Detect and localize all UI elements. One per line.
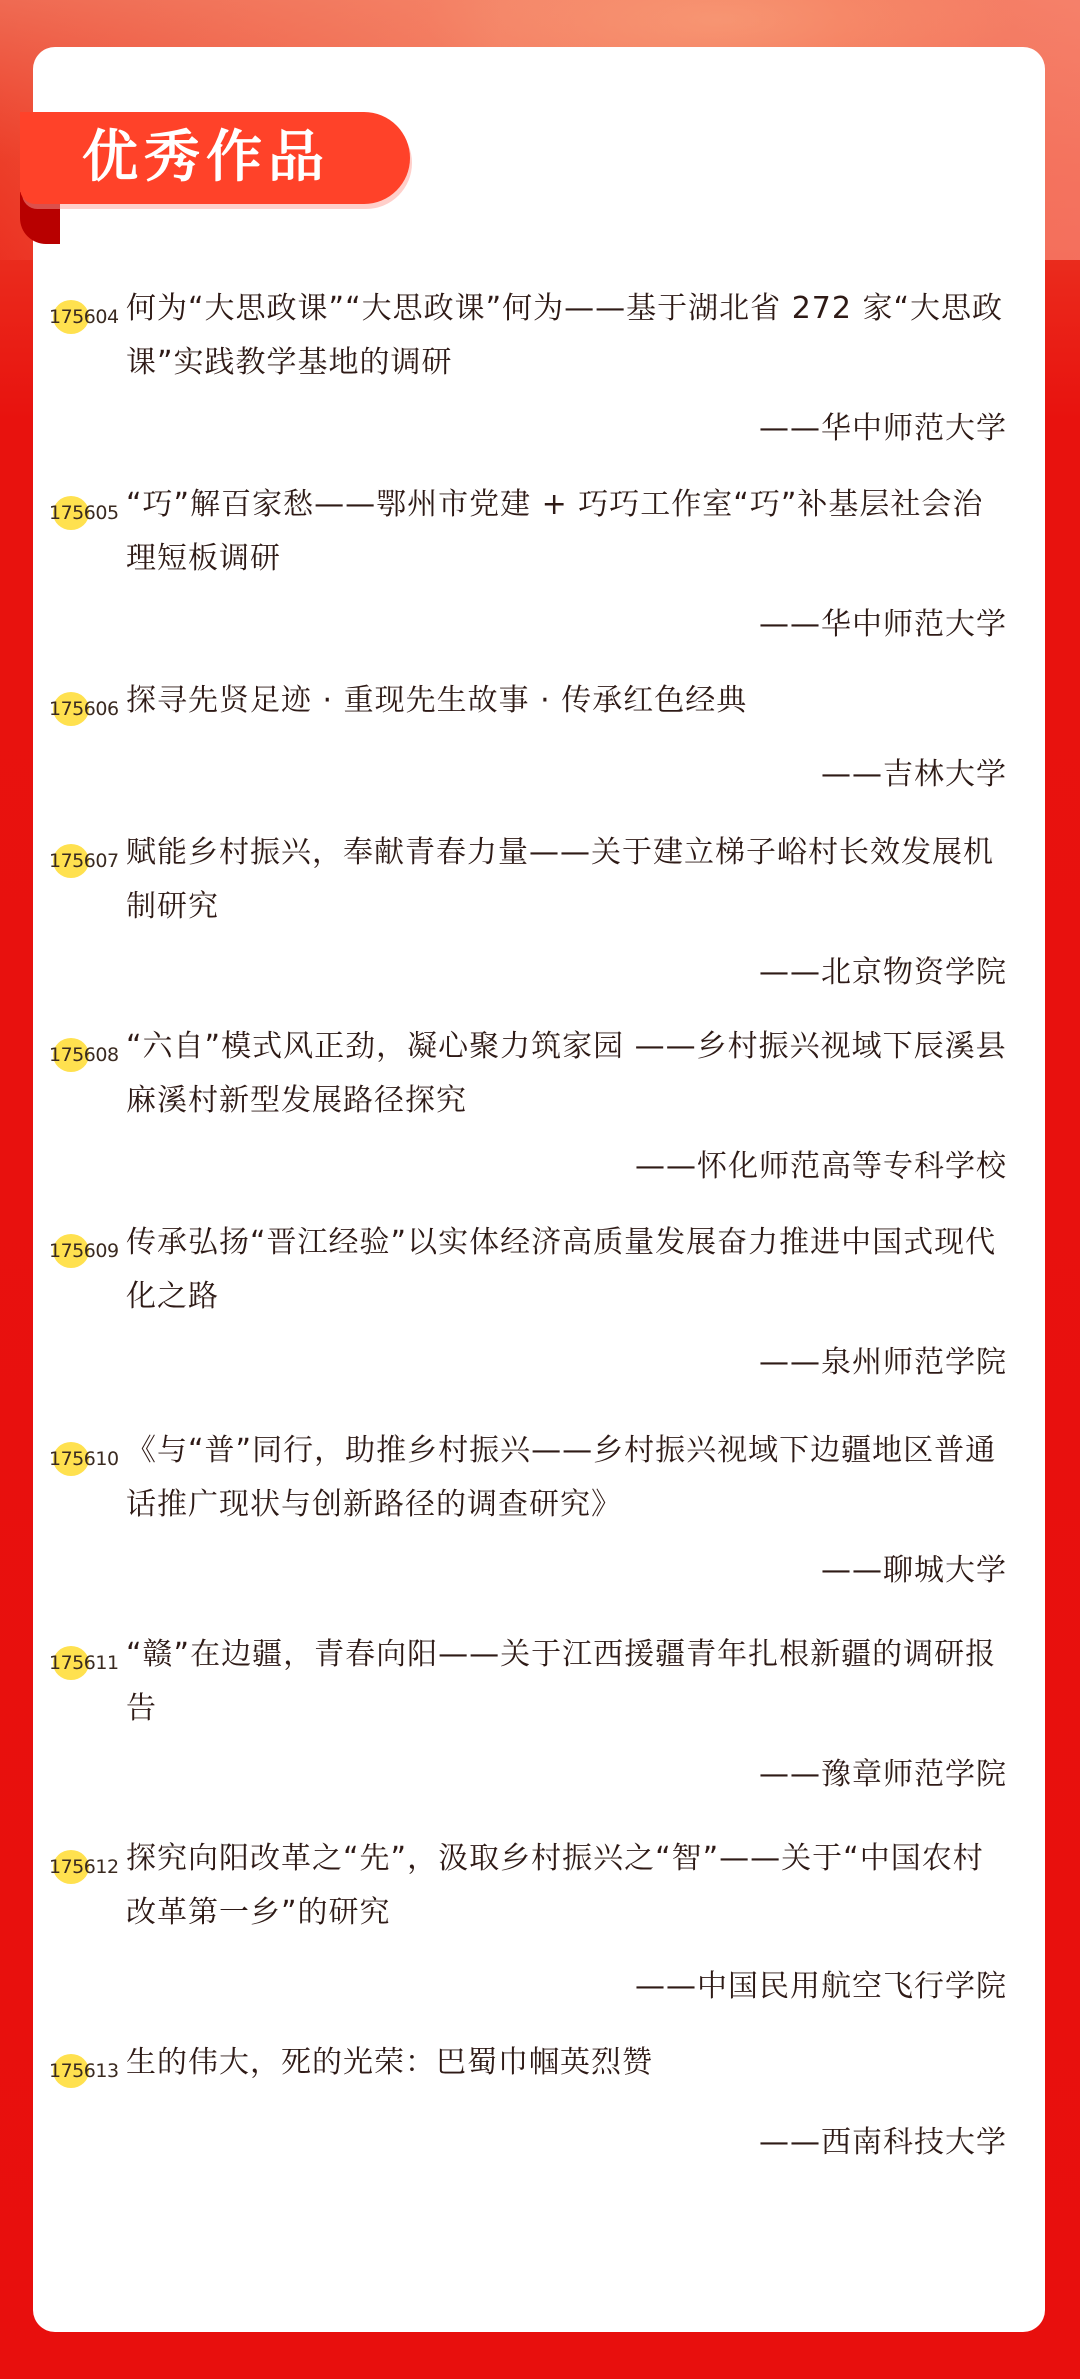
entry-title: 赋能乡村振兴，奉献青春力量——关于建立梯子峪村长效发展机制研究 [126, 826, 1007, 934]
entry-school: ——豫章师范学院 [33, 1748, 1045, 1802]
list-item: 175606 探寻先贤足迹 · 重现先生故事 · 传承红色经典 ——吉林大学 [33, 674, 1045, 802]
entry-number-badge: 175613 [49, 2056, 119, 2086]
entry-number-badge: 175604 [49, 302, 119, 332]
entry-school: ——泉州师范学院 [33, 1336, 1045, 1390]
entry-title: “六自”模式风正劲，凝心聚力筑家园 ——乡村振兴视域下辰溪县麻溪村新型发展路径探… [126, 1020, 1007, 1128]
list-item: 175610 《与“普”同行，助推乡村振兴——乡村振兴视域下边疆地区普通话推广现… [33, 1424, 1045, 1598]
entry-school: ——北京物资学院 [33, 946, 1045, 1000]
entry-title: 探寻先贤足迹 · 重现先生故事 · 传承红色经典 [126, 674, 1007, 728]
list-item: 175609 传承弘扬“晋江经验”以实体经济高质量发展奋力推进中国式现代化之路 … [33, 1216, 1045, 1390]
section-title: 优秀作品 [82, 112, 330, 204]
entry-number-badge: 175606 [49, 694, 119, 724]
entry-school: ——华中师范大学 [33, 598, 1045, 652]
entry-school: ——西南科技大学 [33, 2116, 1045, 2170]
entry-number-badge: 175608 [49, 1040, 119, 1070]
list-item: 175608 “六自”模式风正劲，凝心聚力筑家园 ——乡村振兴视域下辰溪县麻溪村… [33, 1020, 1045, 1194]
entry-school: ——中国民用航空飞行学院 [33, 1960, 1045, 2014]
list-item: 175612 探究向阳改革之“先”，汲取乡村振兴之“智”——关于“中国农村改革第… [33, 1832, 1045, 2014]
list-item: 175607 赋能乡村振兴，奉献青春力量——关于建立梯子峪村长效发展机制研究 —… [33, 826, 1045, 1000]
entry-title: 生的伟大，死的光荣：巴蜀巾帼英烈赞 [126, 2036, 1007, 2090]
list-item: 175611 “赣”在边疆，青春向阳——关于江西援疆青年扎根新疆的调研报告 ——… [33, 1628, 1045, 1802]
entry-school: ——聊城大学 [33, 1544, 1045, 1598]
entry-number-badge: 175611 [49, 1648, 119, 1678]
entry-school: ——吉林大学 [33, 748, 1045, 802]
list-item: 175604 何为“大思政课”“大思政课”何为——基于湖北省 272 家“大思政… [33, 282, 1045, 456]
entry-school: ——怀化师范高等专科学校 [33, 1140, 1045, 1194]
entry-title: 《与“普”同行，助推乡村振兴——乡村振兴视域下边疆地区普通话推广现状与创新路径的… [126, 1424, 1007, 1532]
list-item: 175613 生的伟大，死的光荣：巴蜀巾帼英烈赞 ——西南科技大学 [33, 2036, 1045, 2170]
entry-number-badge: 175607 [49, 846, 119, 876]
entry-number-badge: 175605 [49, 498, 119, 528]
list-item: 175605 “巧”解百家愁——鄂州市党建 + 巧巧工作室“巧”补基层社会治理短… [33, 478, 1045, 652]
entry-school: ——华中师范大学 [33, 402, 1045, 456]
entry-number-badge: 175609 [49, 1236, 119, 1266]
section-ribbon: 优秀作品 [20, 112, 410, 204]
entry-title: “巧”解百家愁——鄂州市党建 + 巧巧工作室“巧”补基层社会治理短板调研 [126, 478, 1007, 586]
entry-number-badge: 175610 [49, 1444, 119, 1474]
entry-title: 探究向阳改革之“先”，汲取乡村振兴之“智”——关于“中国农村改革第一乡”的研究 [126, 1832, 1007, 1940]
entry-title: 何为“大思政课”“大思政课”何为——基于湖北省 272 家“大思政课”实践教学基… [126, 282, 1007, 390]
entry-title: “赣”在边疆，青春向阳——关于江西援疆青年扎根新疆的调研报告 [126, 1628, 1007, 1736]
entries-list: 175604 何为“大思政课”“大思政课”何为——基于湖北省 272 家“大思政… [33, 270, 1045, 2170]
entry-title: 传承弘扬“晋江经验”以实体经济高质量发展奋力推进中国式现代化之路 [126, 1216, 1007, 1324]
entry-number-badge: 175612 [49, 1852, 119, 1882]
